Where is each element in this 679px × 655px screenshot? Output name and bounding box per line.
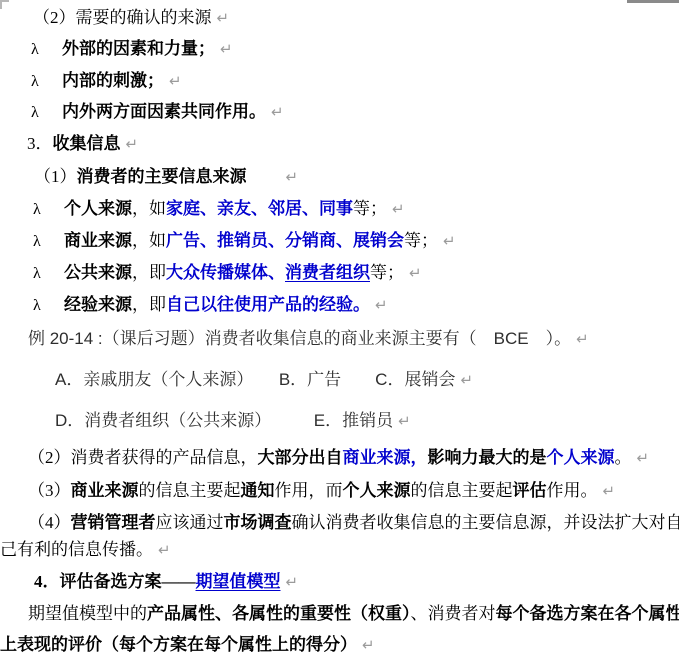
text-segment: （2）需要的确认的来源	[33, 8, 212, 27]
options-row-de: D．消费者组织（公共来源） E．推销员↵	[55, 411, 411, 431]
bullet-internal-stimuli: λ内部的刺激；↵	[31, 71, 182, 91]
text-segment: 3．	[27, 134, 53, 153]
bullet-lambda-icon: λ	[33, 264, 64, 283]
text-segment: 应该通过	[156, 513, 224, 532]
para-expectancy-model: 期望值模型中的产品属性、各属性的重要性（权重）、消费者对每个备选方案在各个属性	[28, 604, 679, 623]
paragraph-return-mark-icon: ↵	[409, 264, 422, 282]
scrollbar-fragment	[627, 0, 679, 3]
text-segment: 个人来源	[64, 199, 132, 218]
text-segment: 、消费者对	[411, 604, 496, 623]
text-segment: 消费者组织	[285, 263, 370, 282]
text-segment: 产品属性、各属性的重要性（权重）	[147, 604, 411, 623]
text-segment: 商业来源	[64, 231, 132, 250]
text-segment: 家庭、亲友、邻居、同事	[166, 199, 353, 218]
text-segment: （1）	[34, 167, 77, 186]
text-segment: ，即	[132, 295, 166, 314]
example-question-20-14: 例 20-14 :（课后习题）消费者收集信息的商业来源主要有（ BCE ）。↵	[28, 329, 589, 349]
text-segment: 收集信息	[53, 134, 121, 153]
crop-corner-mark	[0, 0, 9, 9]
text-segment: 营销管理者	[71, 513, 156, 532]
paragraph-return-mark-icon: ↵	[158, 541, 171, 559]
paragraph-return-mark-icon: ↵	[637, 449, 650, 467]
text-segment: 外部的因素和力量；	[62, 39, 215, 58]
bullet-external-factors: λ外部的因素和力量；↵	[31, 39, 233, 59]
heading-evaluate-alternatives: 4．评估备选方案——期望值模型↵	[34, 572, 298, 592]
text-segment: 上表现的评价（每个方案在每个属性上的得分）	[0, 635, 357, 654]
heading-collect-info: 3．收集信息↵	[27, 134, 138, 154]
text-segment: 等；	[370, 263, 404, 282]
text-segment: 市场调查	[224, 513, 292, 532]
para-4-continued: 己有利的信息传播。↵	[0, 540, 171, 560]
para-expectancy-model-continued: 上表现的评价（每个方案在每个属性上的得分）↵	[0, 635, 375, 655]
para-need-confirmation-sources: （2）需要的确认的来源↵	[33, 8, 229, 28]
bullet-public-sources: λ公共来源，即大众传播媒体、消费者组织等；↵	[33, 263, 422, 283]
text-segment: 等；	[404, 231, 438, 250]
text-segment: 商业来源	[71, 481, 139, 500]
paragraph-return-mark-icon: ↵	[362, 636, 375, 654]
text-segment: ，如	[132, 199, 166, 218]
text-segment: 广告、推销员、分销商、展销会	[166, 231, 404, 250]
text-segment: 等；	[353, 199, 387, 218]
paragraph-return-mark-icon: ↵	[286, 168, 299, 186]
text-segment: 内外两方面因素共同作用。	[62, 102, 266, 121]
text-segment: 个人来源	[343, 481, 411, 500]
paragraph-return-mark-icon: ↵	[286, 573, 299, 591]
text-segment: （3）	[28, 481, 71, 500]
text-segment: 影响力最大的是	[428, 448, 547, 467]
text-segment: （4）	[28, 513, 71, 532]
text-segment: 大部分出自	[258, 448, 343, 467]
bullet-commercial-sources: λ商业来源，如广告、推销员、分销商、展销会等；↵	[33, 231, 456, 251]
text-segment: 消费者的主要信息来源	[77, 167, 247, 186]
paragraph-return-mark-icon: ↵	[603, 482, 616, 500]
text-segment: 自己以往使用产品的经验。	[166, 295, 370, 314]
text-segment: 4．评估备选方案——	[34, 572, 196, 591]
text-segment: 公共来源	[64, 263, 132, 282]
paragraph-return-mark-icon: ↵	[398, 412, 411, 430]
bullet-lambda-icon: λ	[33, 232, 64, 251]
text-segment: 的信息主要起	[139, 481, 241, 500]
bullet-lambda-icon: λ	[33, 296, 64, 315]
para-3-source-roles: （3）商业来源的信息主要起通知作用，而个人来源的信息主要起评估作用。↵	[28, 481, 615, 501]
options-row-abc: A．亲戚朋友（个人来源） B．广告 C．展销会↵	[55, 370, 473, 390]
text-segment: 的信息主要起	[411, 481, 513, 500]
text-segment: 期望值模型	[196, 572, 281, 591]
paragraph-return-mark-icon: ↵	[217, 9, 230, 27]
text-segment: 作用。	[547, 481, 598, 500]
document-canvas[interactable]: （2）需要的确认的来源↵ λ外部的因素和力量；↵ λ内部的刺激；↵ λ内外两方面…	[0, 0, 679, 655]
text-segment: 每个备选方案在各个属性	[496, 604, 679, 623]
text-segment: 确认消费者收集信息的主要信息源，并设法扩大对自	[292, 513, 679, 532]
text-segment: 个人来源	[547, 448, 615, 467]
paragraph-return-mark-icon: ↵	[126, 135, 139, 153]
text-segment: 例 20-14 :（课后习题）消费者收集信息的商业来源主要有（ BCE ）。	[28, 329, 571, 348]
paragraph-return-mark-icon: ↵	[443, 232, 456, 250]
text-segment: 评估	[513, 481, 547, 500]
paragraph-return-mark-icon: ↵	[392, 200, 405, 218]
bullet-both-factors: λ内外两方面因素共同作用。↵	[31, 102, 284, 122]
text-segment: ，如	[132, 231, 166, 250]
text-segment	[247, 167, 281, 186]
para-2-product-info: （2）消费者获得的产品信息，大部分出自商业来源，影响力最大的是个人来源。↵	[28, 448, 649, 468]
text-segment: 己有利的信息传播。	[0, 540, 153, 559]
text-segment: 作用，而	[275, 481, 343, 500]
text-segment: 。	[615, 448, 632, 467]
bullet-lambda-icon: λ	[31, 72, 62, 91]
bullet-lambda-icon: λ	[31, 40, 62, 59]
bullet-lambda-icon: λ	[33, 200, 64, 219]
para-4-marketing-managers: （4）营销管理者应该通过市场调查确认消费者收集信息的主要信息源，并设法扩大对自	[28, 513, 679, 532]
paragraph-return-mark-icon: ↵	[460, 371, 473, 389]
paragraph-return-mark-icon: ↵	[576, 330, 589, 348]
text-segment: 经验来源	[64, 295, 132, 314]
text-segment: 期望值模型中的	[28, 604, 147, 623]
paragraph-return-mark-icon: ↵	[271, 103, 284, 121]
text-segment: 大众传播媒体、	[166, 263, 285, 282]
text-segment: ，即	[132, 263, 166, 282]
text-segment: D．消费者组织（公共来源） E．推销员	[55, 411, 393, 430]
text-segment: 通知	[241, 481, 275, 500]
heading-consumer-info-sources: （1）消费者的主要信息来源 ↵	[34, 167, 298, 187]
text-segment: A．亲戚朋友（个人来源） B．广告 C．展销会	[55, 370, 455, 389]
bullet-personal-sources: λ个人来源，如家庭、亲友、邻居、同事等；↵	[33, 199, 405, 219]
paragraph-return-mark-icon: ↵	[220, 40, 233, 58]
bullet-lambda-icon: λ	[31, 103, 62, 122]
text-segment: （2）消费者获得的产品信息，	[28, 448, 258, 467]
paragraph-return-mark-icon: ↵	[169, 72, 182, 90]
text-segment: 商业来源，	[343, 448, 428, 467]
text-segment: 内部的刺激；	[62, 71, 164, 90]
paragraph-return-mark-icon: ↵	[375, 296, 388, 314]
bullet-experience-sources: λ经验来源，即自己以往使用产品的经验。↵	[33, 295, 388, 315]
